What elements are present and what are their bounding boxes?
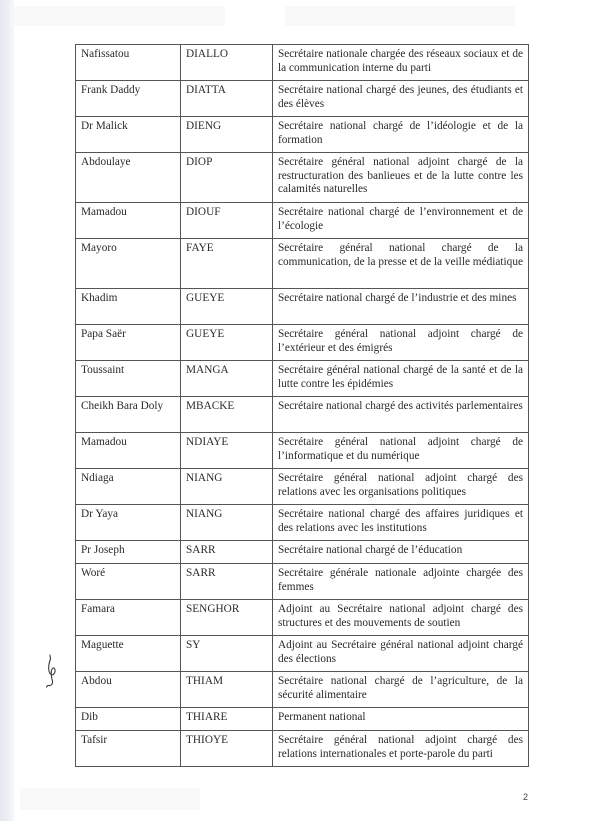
table-row: Pr JosephSARRSecrétaire national chargé …: [76, 541, 529, 564]
first-name-cell: Nafissatou: [76, 45, 181, 81]
last-name-cell: GUEYE: [181, 325, 273, 361]
table-row: WoréSARRSecrétaire générale nationale ad…: [76, 564, 529, 600]
first-name-cell: Mamadou: [76, 203, 181, 239]
first-name-cell: Pr Joseph: [76, 541, 181, 564]
role-cell: Secrétaire général national adjoint char…: [273, 469, 529, 505]
last-name-cell: THIARE: [181, 708, 273, 731]
role-cell: Secrétaire général national adjoint char…: [273, 153, 529, 203]
table-row: NafissatouDIALLOSecrétaire nationale cha…: [76, 45, 529, 81]
last-name-cell: FAYE: [181, 239, 273, 289]
page-number: 2: [523, 792, 528, 802]
table-row: Dr MalickDIENGSecrétaire national chargé…: [76, 117, 529, 153]
role-cell: Secrétaire général national adjoint char…: [273, 325, 529, 361]
role-cell: Secrétaire national chargé de l’environn…: [273, 203, 529, 239]
bleed-through-ghost: [10, 6, 225, 26]
last-name-cell: SARR: [181, 541, 273, 564]
last-name-cell: NIANG: [181, 505, 273, 541]
table-row: Dr YayaNIANGSecrétaire national chargé d…: [76, 505, 529, 541]
table-row: Cheikh Bara DolyMBACKESecrétaire nationa…: [76, 397, 529, 433]
table-row: MayoroFAYESecrétaire général national ch…: [76, 239, 529, 289]
bleed-through-ghost: [285, 6, 515, 26]
first-name-cell: Woré: [76, 564, 181, 600]
role-cell: Secrétaire général national chargé de la…: [273, 239, 529, 289]
role-cell: Secrétaire national chargé de l’éducatio…: [273, 541, 529, 564]
first-name-cell: Toussaint: [76, 361, 181, 397]
last-name-cell: SENGHOR: [181, 600, 273, 636]
last-name-cell: THIAM: [181, 672, 273, 708]
last-name-cell: SARR: [181, 564, 273, 600]
last-name-cell: MBACKE: [181, 397, 273, 433]
last-name-cell: DIOP: [181, 153, 273, 203]
first-name-cell: Famara: [76, 600, 181, 636]
handwritten-initials-icon: [44, 653, 60, 693]
role-cell: Secrétaire national chargé de l’idéologi…: [273, 117, 529, 153]
table-row: MamadouNDIAYESecrétaire général national…: [76, 433, 529, 469]
first-name-cell: Tafsir: [76, 731, 181, 767]
last-name-cell: NDIAYE: [181, 433, 273, 469]
role-cell: Adjoint au Secrétaire général national a…: [273, 636, 529, 672]
table-row: ToussaintMANGASecrétaire général nationa…: [76, 361, 529, 397]
role-cell: Secrétaire général national adjoint char…: [273, 433, 529, 469]
first-name-cell: Mayoro: [76, 239, 181, 289]
first-name-cell: Abdou: [76, 672, 181, 708]
table-row: FamaraSENGHORAdjoint au Secrétaire natio…: [76, 600, 529, 636]
bleed-through-ghost: [20, 788, 200, 810]
role-cell: Adjoint au Secrétaire national adjoint c…: [273, 600, 529, 636]
role-cell: Secrétaire national chargé des activités…: [273, 397, 529, 433]
table-body: NafissatouDIALLOSecrétaire nationale cha…: [76, 45, 529, 767]
first-name-cell: Dib: [76, 708, 181, 731]
last-name-cell: DIOUF: [181, 203, 273, 239]
first-name-cell: Ndiaga: [76, 469, 181, 505]
role-cell: Secrétaire national chargé de l’agricult…: [273, 672, 529, 708]
role-cell: Secrétaire nationale chargée des réseaux…: [273, 45, 529, 81]
role-cell: Secrétaire général national adjoint char…: [273, 731, 529, 767]
party-officials-table: NafissatouDIALLOSecrétaire nationale cha…: [75, 44, 529, 767]
last-name-cell: DIATTA: [181, 81, 273, 117]
table-row: TafsirTHIOYESecrétaire général national …: [76, 731, 529, 767]
role-cell: Permanent national: [273, 708, 529, 731]
first-name-cell: Frank Daddy: [76, 81, 181, 117]
role-cell: Secrétaire général national chargé de la…: [273, 361, 529, 397]
first-name-cell: Khadim: [76, 289, 181, 325]
table-row: AbdoulayeDIOPSecrétaire général national…: [76, 153, 529, 203]
last-name-cell: DIALLO: [181, 45, 273, 81]
table-row: MaguetteSYAdjoint au Secrétaire général …: [76, 636, 529, 672]
table-row: Papa SaërGUEYESecrétaire général nationa…: [76, 325, 529, 361]
table-row: AbdouTHIAMSecrétaire national chargé de …: [76, 672, 529, 708]
role-cell: Secrétaire national chargé des jeunes, d…: [273, 81, 529, 117]
role-cell: Secrétaire national chargé de l’industri…: [273, 289, 529, 325]
table-row: MamadouDIOUFSecrétaire national chargé d…: [76, 203, 529, 239]
last-name-cell: THIOYE: [181, 731, 273, 767]
table-row: Frank DaddyDIATTASecrétaire national cha…: [76, 81, 529, 117]
last-name-cell: MANGA: [181, 361, 273, 397]
first-name-cell: Maguette: [76, 636, 181, 672]
table-row: NdiagaNIANGSecrétaire général national a…: [76, 469, 529, 505]
first-name-cell: Papa Saër: [76, 325, 181, 361]
role-cell: Secrétaire national chargé des affaires …: [273, 505, 529, 541]
first-name-cell: Mamadou: [76, 433, 181, 469]
last-name-cell: SY: [181, 636, 273, 672]
first-name-cell: Cheikh Bara Doly: [76, 397, 181, 433]
last-name-cell: NIANG: [181, 469, 273, 505]
last-name-cell: DIENG: [181, 117, 273, 153]
first-name-cell: Abdoulaye: [76, 153, 181, 203]
table-row: KhadimGUEYESecrétaire national chargé de…: [76, 289, 529, 325]
last-name-cell: GUEYE: [181, 289, 273, 325]
first-name-cell: Dr Malick: [76, 117, 181, 153]
role-cell: Secrétaire générale nationale adjointe c…: [273, 564, 529, 600]
scan-edge-shadow: [0, 0, 14, 821]
table-row: DibTHIAREPermanent national: [76, 708, 529, 731]
first-name-cell: Dr Yaya: [76, 505, 181, 541]
